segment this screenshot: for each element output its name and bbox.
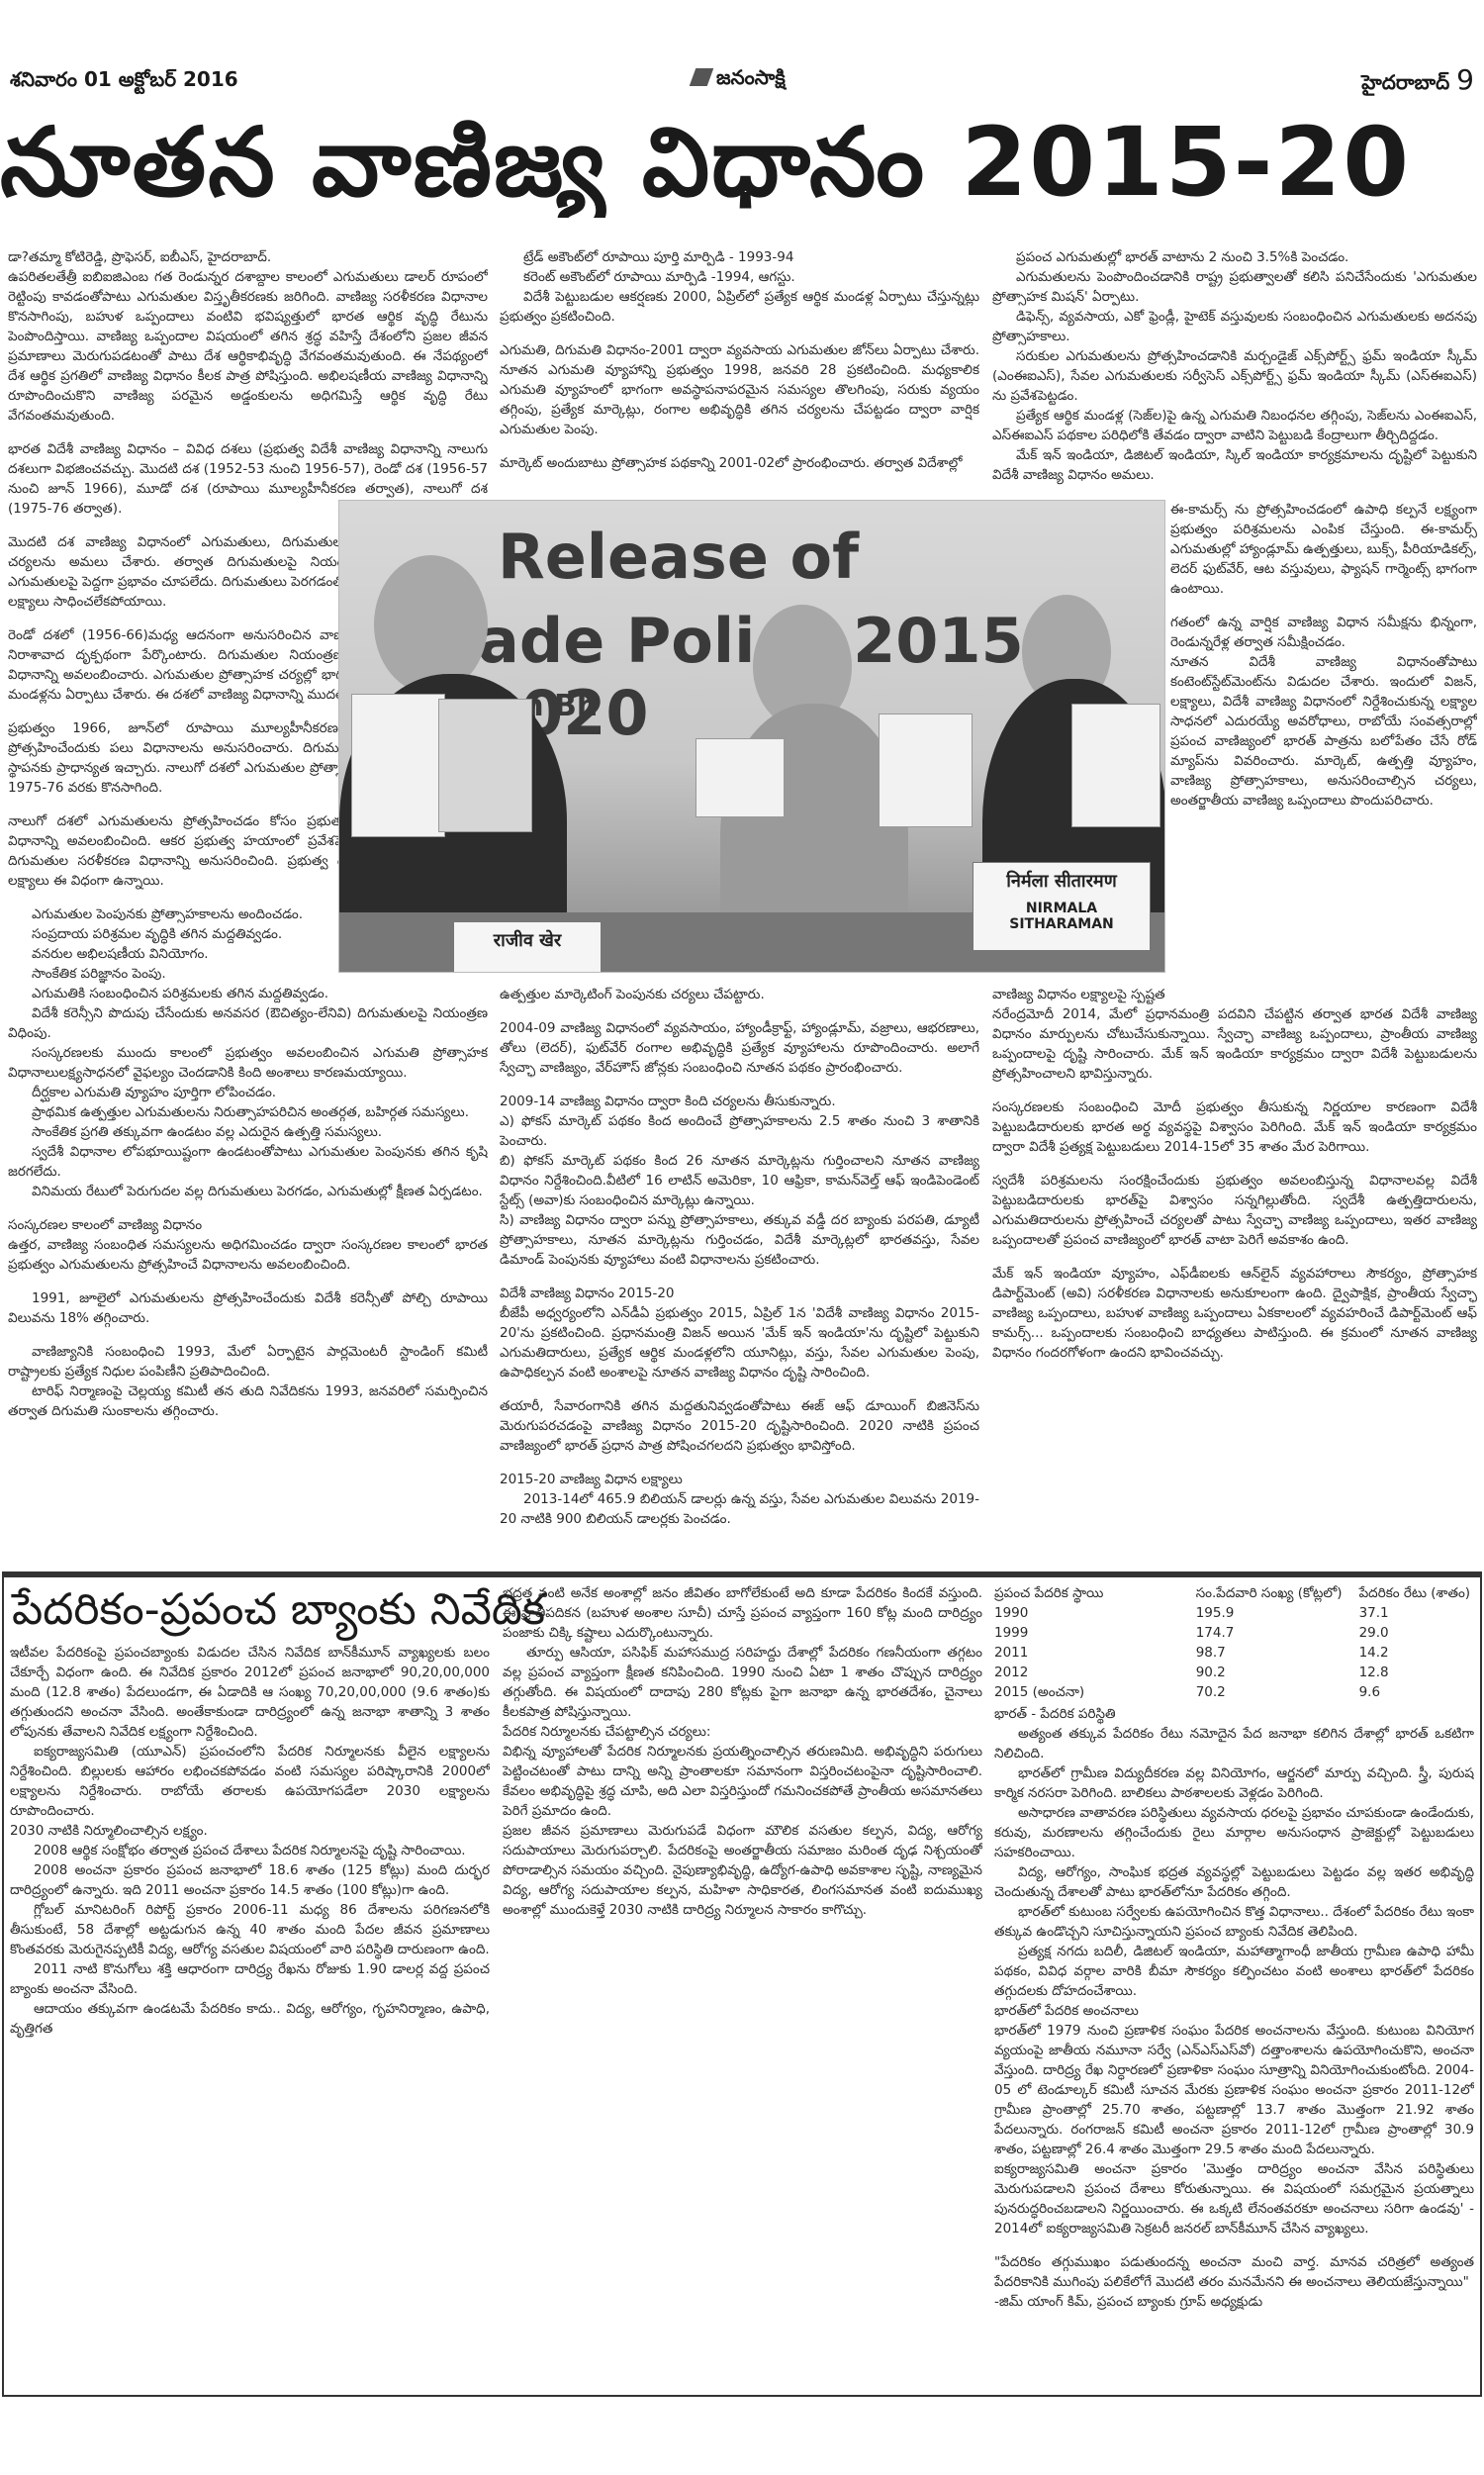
- list-item: సాంకేతిక ప్రగతి తక్కువగా ఉండటం వల్ల ఎదుర…: [8, 1122, 488, 1142]
- count-cell: 70.2: [1196, 1682, 1359, 1702]
- paragraph: ఉత్పత్తుల మార్కెటింగ్ పెంపునకు చర్యలు చే…: [500, 985, 979, 1004]
- list-item: ట్రేడ్ అకౌంట్‌లో రూపాయి పూర్తి మార్పిడి …: [500, 247, 979, 267]
- column-header: ప్రపంచ పేదరిక స్థాయి: [994, 1583, 1196, 1603]
- page-indicator: హైదరాబాద్ 9: [1361, 63, 1474, 99]
- paragraph: తూర్పు ఆసియా, పసిఫిక్ మహాసముద్ర సరిహద్దు…: [503, 1643, 982, 1722]
- rate-cell: 37.1: [1359, 1603, 1474, 1623]
- paragraph: మార్కెట్ అందుబాటు ప్రోత్సాహక పథకాన్ని 20…: [500, 453, 979, 473]
- rate-cell: 12.8: [1359, 1663, 1474, 1682]
- paragraph: తయారీ, సేవారంగానికి తగిన మద్దతునివ్వడంతో…: [500, 1396, 979, 1456]
- paragraph: వాణిజ్యానికి సంబంధించి 1993, మేలో ఏర్పాట…: [8, 1342, 488, 1381]
- list-item: ప్రత్యేక ఆర్థిక మండళ్ల (సెజ్‌ల)పై ఉన్న ఎ…: [992, 406, 1477, 445]
- paragraph: 2008 ఆర్థిక సంక్షోభం తర్వాత ప్రపంచ దేశాల…: [10, 1841, 490, 1860]
- paragraph: ఎగుమతి, దిగుమతి విధానం-2001 ద్వారా వ్యవస…: [500, 340, 979, 439]
- paragraph: ఐక్యరాజ్యసమితి (యూఎన్) ప్రపంచంలోని పేదరి…: [10, 1742, 490, 1821]
- quote-attribution: -జిమ్ యాంగ్ కిమ్, ప్రపంచ బ్యాంకు గ్రూప్ …: [994, 2292, 1474, 2312]
- list-item: ఎగుమతులను పెంపొందించడానికి రాష్ట్ర ప్రభు…: [992, 267, 1477, 307]
- list-item: సి) వాణిజ్య విధానం ద్వారా పన్ను ప్రోత్సా…: [500, 1210, 979, 1270]
- section-heading: 2009-14 వాణిజ్య విధానం ద్వారా కింది చర్య…: [500, 1092, 979, 1111]
- paragraph: 2008 అంచనా ప్రకారం ప్రపంచ జనాభాలో 18.6 శ…: [10, 1860, 490, 1900]
- year-cell: 1990: [994, 1603, 1196, 1623]
- list-item: బి) ఫోకస్ మార్కెట్ పథకం కింద 26 నూతన మార…: [500, 1151, 979, 1210]
- policy-document: [696, 738, 785, 817]
- year-cell: 2011: [994, 1643, 1196, 1663]
- boxed-article-title: పేదరికం-ప్రపంచ బ్యాంకు నివేదిక: [12, 1583, 487, 1637]
- paragraph: నూతన విదేశీ వాణిజ్య విధానంతోపాటు కంటెంట్…: [1170, 652, 1477, 810]
- list-item: డిఫెన్స్, వ్యవసాయ, ఎకో ఫ్రెండ్లీ, హైటెక్…: [992, 307, 1477, 346]
- section-heading: 2030 నాటికి నిర్మూలించాల్సిన లక్ష్యం.: [10, 1821, 490, 1841]
- paragraph: 1991, జూలైలో ఎగుమతులను ప్రోత్సహించేందుకు…: [8, 1288, 488, 1328]
- paragraph: ఉత్తర, వాణిజ్య సంబంధిత సమస్యలను అధిగమించ…: [8, 1235, 488, 1275]
- paragraph: విద్య, ఆరోగ్యం, సాంఘిక భద్రత వ్యవస్థల్లో…: [994, 1862, 1474, 1902]
- paragraph: విదేశీ పెట్టుబడుల ఆకర్షణకు 2000, ఏప్రిల్…: [500, 287, 979, 327]
- list-item: మేక్ ఇన్ ఇండియా, డిజిటల్ ఇండియా, స్కిల్ …: [992, 445, 1477, 485]
- table-row: 1990 195.9 37.1: [994, 1603, 1474, 1623]
- table-row: 2012 90.2 12.8: [994, 1663, 1474, 1682]
- quote: "పేదరికం తగ్గుముఖం పడుతుందన్న అంచనా మంచి…: [994, 2252, 1474, 2292]
- byline: డా?తమ్మా కోటిరెడ్డి, ప్రొఫెసర్, ఐబీఎస్, …: [8, 247, 488, 267]
- person-head: [374, 555, 488, 694]
- list-item: కరెంట్ అకౌంట్‌లో రూపాయి మార్పిడి -1994, …: [500, 267, 979, 287]
- nameplate-hindi: निर्मला सीतारमण: [974, 869, 1150, 893]
- section-heading: విదేశీ వాణిజ్య విధానం 2015-20: [500, 1284, 979, 1303]
- article-column-right-beside-photo: ఈ-కామర్స్ ను ప్రోత్సహించడంలో ఉపాధి కల్పన…: [1170, 500, 1477, 975]
- section-heading: వాణిజ్య విధానం లక్ష్యాలపై స్పష్టత: [992, 985, 1477, 1004]
- article-column-right-top: ప్రపంచ ఎగుమతుల్లో భారత్ వాటాను 2 నుంచి 3…: [992, 247, 1477, 495]
- boxed-column-left: ఇటీవల పేదరికంపై ప్రపంచబ్యాంకు విడుదల చేస…: [10, 1643, 490, 2390]
- section-heading: భారత్ - పేదరిక పరిస్థితి: [994, 1704, 1474, 1724]
- rate-cell: 29.0: [1359, 1623, 1474, 1643]
- poverty-statistics-table: ప్రపంచ పేదరిక స్థాయి సం.పేదవారి సంఖ్య (క…: [994, 1583, 1474, 1702]
- paragraph: గతంలో ఉన్న వార్షిక వాణిజ్య విధాన సమీక్షన…: [1170, 613, 1477, 652]
- boxed-column-right: ప్రపంచ పేదరిక స్థాయి సం.పేదవారి సంఖ్య (క…: [994, 1583, 1474, 2390]
- masthead-name: జనంసాక్షి: [716, 65, 786, 89]
- page-number: 9: [1456, 63, 1474, 96]
- paragraph: విభిన్న వ్యూహాలతో పేదరిక నిర్మూలనకు ప్రయ…: [503, 1742, 982, 1821]
- list-item: విదేశీ కరెన్సీని పొదుపు చేసేందుకు అనవసర …: [8, 1003, 488, 1043]
- list-item: ప్రాథమిక ఉత్పత్తుల ఎగుమతులను నిరుత్సాహపర…: [8, 1102, 488, 1122]
- paragraph: ఐక్యరాజ్యసమితి అంచనా ప్రకారం 'మొత్తం దార…: [994, 2159, 1474, 2238]
- paragraph: అత్యంత తక్కువ పేదరికం రేటు నమోదైన పేద జన…: [994, 1724, 1474, 1763]
- policy-document: [351, 694, 445, 837]
- paragraph: గ్లోబల్ మానిటరింగ్ రిపోర్ట్ ప్రకారం 2006…: [10, 1900, 490, 1959]
- paragraph: స్వదేశీ పరిశ్రమలను సంరక్షించేందుకు ప్రభు…: [992, 1171, 1477, 1250]
- table-row: 1999 174.7 29.0: [994, 1623, 1474, 1643]
- rate-cell: 14.2: [1359, 1643, 1474, 1663]
- year-cell: 2012: [994, 1663, 1196, 1682]
- paragraph: ఉపరితలతేత్రీ ఐబిఐజిఎంబ గత రెండున్నర దశాబ…: [8, 267, 488, 426]
- column-header: సం.పేదవారి సంఖ్య (కోట్లలో): [1196, 1583, 1359, 1603]
- nameplate-left: राजीव खेर: [453, 921, 602, 973]
- year-cell: 1999: [994, 1623, 1196, 1643]
- paragraph: అసాధారణ వాతావరణ పరిస్థితులు వ్యవసాయ ధరలప…: [994, 1803, 1474, 1862]
- paragraph: సంస్కరణలకు ముందు కాలంలో ప్రభుత్వం అవలంబి…: [8, 1043, 488, 1083]
- paragraph: మేక్ ఇన్ ఇండియా వ్యూహం, ఎఫ్‌డీఐలకు ఆన్‌ల…: [992, 1264, 1477, 1363]
- page-header: శనివారం 01 అక్టోబర్ 2016 జనంసాక్షి హైదరా…: [0, 59, 1484, 99]
- paragraph: సంస్కరణలకు సంబంధించి మోదీ ప్రభుత్వం తీసు…: [992, 1097, 1477, 1157]
- list-item: ప్రపంచ ఎగుమతుల్లో భారత్ వాటాను 2 నుంచి 3…: [992, 247, 1477, 267]
- paragraph: ప్రజల జీవన ప్రమాణాలు మెరుగుపడే విధంగా మౌ…: [503, 1821, 982, 1920]
- list-item: సరుకుల ఎగుమతులను ప్రోత్సహించడానికి మర్చం…: [992, 346, 1477, 406]
- paragraph: 2011 నాటి కొనుగోలు శక్తి ఆధారంగా దారిద్ర…: [10, 1959, 490, 1999]
- section-heading: 2015-20 వాణిజ్య విధాన లక్ష్యాలు: [500, 1470, 979, 1489]
- list-item: వినిమయ రేటులో పెరుగుదల వల్ల దిగుమతులు పె…: [8, 1182, 488, 1201]
- year-cell: 2015 (అంచనా): [994, 1682, 1196, 1702]
- section-heading: సంస్కరణల కాలంలో వాణిజ్య విధానం: [8, 1215, 488, 1235]
- nameplate-english: NIRMALA SITHARAMAN: [974, 901, 1150, 932]
- table-row: 2015 (అంచనా) 70.2 9.6: [994, 1682, 1474, 1702]
- headline: నూతన వాణిజ్య విధానం 2015-20: [0, 107, 1484, 218]
- table-header-row: ప్రపంచ పేదరిక స్థాయి సం.పేదవారి సంఖ్య (క…: [994, 1583, 1474, 1603]
- list-item: స్వదేశీ విధానాల లోపభూయిష్టంగా ఉండటంతోపాట…: [8, 1142, 488, 1182]
- rate-cell: 9.6: [1359, 1682, 1474, 1702]
- paragraph: భద్రత వంటి అనేక అంశాల్లో జనం జీవితం బాగో…: [503, 1583, 982, 1643]
- table-row: 2011 98.7 14.2: [994, 1643, 1474, 1663]
- photo-banner-text: Release of: [498, 521, 859, 593]
- count-cell: 195.9: [1196, 1603, 1359, 1623]
- column-header: పేదరికం రేటు (శాతం): [1359, 1583, 1474, 1603]
- paragraph: నరేంద్రమోదీ 2014, మేలో ప్రధానమంత్రి పదవి…: [992, 1004, 1477, 1084]
- masthead-logo-icon: [690, 68, 714, 86]
- event-photo: Release of ade Policy 2015-2020 an Bh रा…: [338, 500, 1165, 973]
- list-item: ఎగుమతికి సంబంధించిన పరిశ్రమలకు తగిన మద్ద…: [8, 984, 488, 1003]
- masthead: జనంసాక్షి: [693, 65, 786, 94]
- article-column-right-bottom: వాణిజ్య విధానం లక్ష్యాలపై స్పష్టత నరేంద్…: [992, 985, 1477, 1539]
- article-column-middle-top: ట్రేడ్ అకౌంట్‌లో రూపాయి పూర్తి మార్పిడి …: [500, 247, 979, 495]
- nameplate-right: निर्मला सीतारमण NIRMALA SITHARAMAN: [973, 862, 1151, 951]
- list-item: ఎ) ఫోకస్ మార్కెట్ పథకం కింద అందించే ప్రో…: [500, 1111, 979, 1151]
- paragraph: భారత్‌లో గ్రామీణ విద్యుదీకరణ వల్ల వినియో…: [994, 1763, 1474, 1803]
- paragraph: భారత్‌లో 1979 నుంచి ప్రణాళిక సంఘం పేదరిక…: [994, 2021, 1474, 2159]
- issue-date: శనివారం 01 అక్టోబర్ 2016: [10, 67, 238, 96]
- paragraph: ఈ-కామర్స్ ను ప్రోత్సహించడంలో ఉపాధి కల్పన…: [1170, 500, 1477, 599]
- paragraph: ఆదాయం తక్కువగా ఉండటమే పేదరికం కాదు.. విద…: [10, 1999, 490, 2039]
- paragraph: ప్రత్యక్ష నగదు బదిలీ, డిజిటల్ ఇండియా, మహ…: [994, 1942, 1474, 2001]
- policy-document: [1071, 704, 1160, 827]
- article-column-middle-bottom: ఉత్పత్తుల మార్కెటింగ్ పెంపునకు చర్యలు చే…: [500, 985, 979, 1539]
- paragraph: టారిఫ్ నిర్మాణంపై చెల్లయ్య కమిటీ తన తుది…: [8, 1381, 488, 1421]
- paragraph: 2004-09 వాణిజ్య విధానంలో వ్యవసాయం, హ్యాం…: [500, 1018, 979, 1078]
- count-cell: 98.7: [1196, 1643, 1359, 1663]
- list-item: దీర్ఘకాల ఎగుమతి వ్యూహం పూర్తిగా లోపించడం…: [8, 1083, 488, 1102]
- policy-document: [438, 699, 532, 832]
- boxed-column-middle: భద్రత వంటి అనేక అంశాల్లో జనం జీవితం బాగో…: [503, 1583, 982, 2390]
- count-cell: 174.7: [1196, 1623, 1359, 1643]
- count-cell: 90.2: [1196, 1663, 1359, 1682]
- paragraph: 2013-14లో 465.9 బిలియన్ డాలర్లు ఉన్న వస్…: [500, 1489, 979, 1529]
- paragraph: ఇటీవల పేదరికంపై ప్రపంచబ్యాంకు విడుదల చేస…: [10, 1643, 490, 1742]
- section-heading: పేదరిక నిర్మూలనకు చేపట్టాల్సిన చర్యలు:: [503, 1722, 982, 1742]
- edition-city: హైదరాబాద్: [1361, 70, 1449, 94]
- policy-document: [879, 714, 973, 827]
- section-heading: భారత్‌లో పేదరిక అంచనాలు: [994, 2001, 1474, 2021]
- paragraph: బీజేపీ అధ్వర్యంలోని ఎన్‌డీఏ ప్రభుత్వం 20…: [500, 1303, 979, 1382]
- paragraph: భారత్‌లో కుటుంబ సర్వేలకు ఉపయోగించిన కొత్…: [994, 1902, 1474, 1942]
